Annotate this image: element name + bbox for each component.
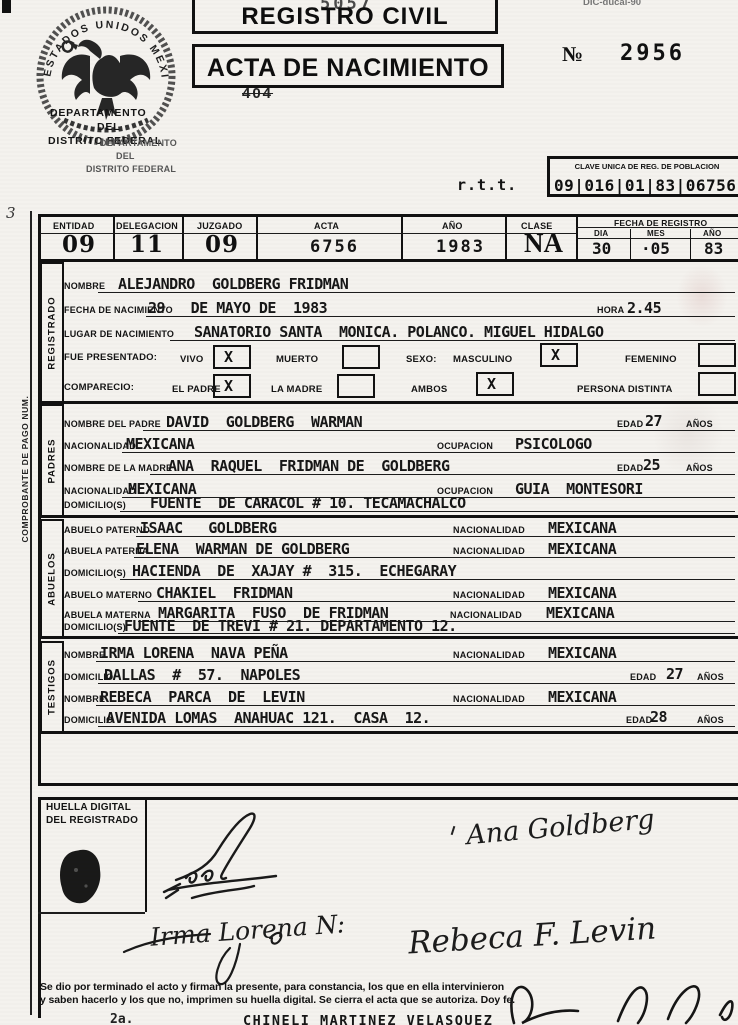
clave-unica-box: CLAVE UNICA DE REG. DE POBLACION 09|016|…	[547, 156, 738, 197]
rule-line	[40, 233, 576, 234]
checkbox-ambos: X	[476, 372, 514, 396]
label-testigo2-edad: EDAD	[626, 715, 652, 725]
value-juzgado: 09	[205, 231, 239, 258]
dept-ghost-line3: DISTRITO FEDERAL	[86, 164, 176, 174]
pen-tick	[451, 826, 456, 835]
column-divider	[182, 216, 184, 259]
value-mes: ·05	[641, 239, 670, 258]
value-testigo1-domicilio: DALLAS # 57. NAPOLES	[104, 666, 300, 684]
value-testigo2-domicilio: AVENIDA LOMAS ANAHUAC 121. CASA 12.	[106, 709, 430, 727]
acta-nacimiento-title: ACTA DE NACIMIENTO	[207, 54, 489, 82]
label-nac-abuelo-paterno: NACIONALIDAD	[453, 525, 525, 535]
dept-line1: DEPARTAMENTO	[50, 107, 147, 119]
column-divider	[401, 216, 403, 259]
value-domicilio-abuelos2: FUENTE DE TREVI # 21. DEPARTAMENTO 12.	[124, 617, 457, 635]
value-nombre-madre: ANA RAQUEL FRIDMAN DE GOLDBERG	[168, 457, 450, 475]
label-nacionalidad-madre: NACIONALIDAD	[64, 486, 136, 496]
checkbox-la-madre	[337, 374, 375, 398]
label-hora: HORA	[597, 305, 624, 315]
checkbox-el-padre-mark: X	[224, 377, 233, 395]
value-delegacion: 11	[130, 231, 164, 258]
section-strip-padres: PADRES	[40, 404, 64, 517]
label-testigo1-anos: AÑOS	[697, 672, 724, 682]
section-divider	[38, 731, 738, 734]
checkbox-femenino	[698, 343, 736, 367]
value-abuelo-materno: CHAKIEL FRIDMAN	[156, 584, 293, 602]
value-domicilio-abuelos1: HACIENDA DE XAJAY # 315. ECHEGARAY	[132, 562, 456, 580]
value-dia: 30	[592, 239, 611, 258]
label-nac-abuelo-materno: NACIONALIDAD	[453, 590, 525, 600]
folio-struck: 404	[242, 85, 273, 102]
signature-officer-scribble	[498, 975, 738, 1025]
label-nac-abuela-paterna: NACIONALIDAD	[453, 546, 525, 556]
fingerprint	[56, 848, 104, 906]
label-testigo2-anos: AÑOS	[697, 715, 724, 725]
value-abuela-paterna: ELENA WARMAN DE GOLDBERG	[136, 540, 349, 558]
col-label-dia: DIA	[594, 229, 608, 238]
section-divider	[38, 515, 738, 518]
col-label-acta: ACTA	[314, 221, 339, 231]
signature-father	[158, 806, 313, 904]
corner-form-code: DIC-ducal-90	[583, 0, 641, 8]
col-label-fecha-registro: FECHA DE REGISTRO	[614, 218, 707, 228]
checkbox-muerto	[342, 345, 380, 369]
label-abuelo-paterno: ABUELO PATERNO	[64, 525, 150, 535]
value-clase: NA	[524, 228, 563, 259]
checkbox-masculino-mark: X	[551, 346, 560, 364]
col-label-ano-reg: AÑO	[703, 229, 721, 238]
label-anos-madre: AÑOS	[686, 463, 713, 473]
section-divider	[38, 797, 738, 800]
label-anos-padre: AÑOS	[686, 419, 713, 429]
value-lugar-nacimiento: SANATORIO SANTA MONICA. POLANCO. MIGUEL …	[194, 323, 603, 341]
section-divider	[38, 401, 738, 404]
label-ocupacion-padre: OCUPACION	[437, 441, 493, 451]
col-label-juzgado: JUZGADO	[197, 221, 242, 231]
label-nombre-madre: NOMBRE DE LA MADRE	[64, 463, 172, 473]
huella-label-line1: HUELLA DIGITAL	[46, 802, 131, 813]
rule-line	[122, 452, 735, 453]
column-divider	[690, 229, 691, 259]
column-divider	[630, 229, 631, 259]
dept-line2: DEL	[97, 121, 120, 133]
comprobante-vertical-label: COMPROBANTE DE PAGO NUM.	[20, 389, 30, 549]
label-vivo: VIVO	[180, 354, 204, 365]
col-label-delegacion: DELEGACION	[116, 221, 178, 231]
section-label-abuelos: ABUELOS	[47, 552, 58, 605]
closing-statement-line2: y saben hacerlo y los que no, imprimen s…	[40, 994, 515, 1006]
checkbox-persona-distinta	[698, 372, 736, 396]
label-abuelo-materno: ABUELO MATERNO	[64, 590, 152, 600]
value-edad-madre: 25	[643, 456, 660, 474]
value-ocupacion-madre: GUIA MONTESORI	[515, 480, 643, 498]
label-fue-presentado: FUE PRESENTADO:	[64, 352, 157, 363]
value-testigo1-nombre: IRMA LORENA NAVA PEÑA	[100, 644, 288, 662]
label-edad-madre: EDAD	[617, 463, 643, 473]
clave-unica-label: CLAVE UNICA DE REG. DE POBLACION	[550, 162, 738, 171]
label-ambos: AMBOS	[411, 384, 447, 395]
value-hora: 2.45	[627, 299, 661, 317]
label-testigo1-nac: NACIONALIDAD	[453, 650, 525, 660]
label-domicilio-abuelos1: DOMICILIO(S)	[64, 568, 126, 578]
value-testigo1-edad: 27	[666, 665, 683, 683]
value-ocupacion-padre: PSICOLOGO	[515, 435, 592, 453]
column-divider	[256, 216, 258, 259]
label-nombre-padre: NOMBRE DEL PADRE	[64, 419, 161, 429]
dept-ghost-line1: DEPARTAMENTO	[100, 138, 177, 148]
section-label-testigos: TESTIGOS	[47, 659, 58, 715]
label-masculino: MASCULINO	[453, 354, 512, 365]
checkbox-ambos-mark: X	[487, 375, 496, 393]
signature-witness2: Rebeca F. Levin	[407, 910, 657, 961]
number-label: №	[562, 42, 583, 67]
label-domicilio-abuelos2: DOMICILIO(S)	[64, 622, 126, 632]
clave-unica-value: 09|016|01|83|06756|8	[554, 176, 738, 195]
col-label-mes: MES	[647, 229, 665, 238]
huella-box-divider	[145, 797, 147, 912]
col-label-entidad: ENTIDAD	[53, 221, 94, 231]
label-muerto: MUERTO	[276, 354, 318, 365]
signature-mother: Ana Goldberg	[465, 804, 656, 851]
value-edad-padre: 27	[645, 412, 662, 430]
rtt-mark: r.t.t.	[457, 176, 517, 194]
checkbox-vivo-mark: X	[224, 348, 233, 366]
section-label-padres: PADRES	[47, 438, 58, 483]
label-testigo2-nac: NACIONALIDAD	[453, 694, 525, 704]
checkbox-vivo: X	[213, 345, 251, 369]
label-edad-padre: EDAD	[617, 419, 643, 429]
column-divider	[505, 216, 507, 259]
value-ano-reg: 83	[704, 239, 723, 258]
page-rule-left	[30, 211, 32, 1015]
registro-civil-title: REGISTRO CIVIL	[241, 3, 448, 30]
registro-civil-box: REGISTRO CIVIL	[192, 0, 498, 34]
birth-certificate-scan: 5057 DIC-ducal-90 ESTADOS UNIDOS MEXICAN…	[0, 0, 738, 1025]
label-nac-abuela-materna: NACIONALIDAD	[450, 610, 522, 620]
col-label-ano: AÑO	[442, 221, 463, 231]
value-nacionalidad-padre: MEXICANA	[126, 435, 194, 453]
officer-name: CHINELI MARTINEZ VELASQUEZ	[243, 1013, 493, 1025]
value-acta: 6756	[310, 237, 359, 257]
value-ano: 1983	[436, 237, 485, 257]
value-nombre: ALEJANDRO GOLDBERG FRIDMAN	[118, 275, 348, 293]
column-divider	[113, 216, 115, 259]
value-fecha-nacimiento: 29 DE MAYO DE 1983	[148, 299, 327, 317]
value-domicilio-padres: FUENTE DE CARACOL # 10. TECAMACHALCO	[150, 494, 466, 512]
label-lugar-nacimiento: LUGAR DE NACIMIENTO	[64, 329, 174, 339]
value-testigo2-edad: 28	[650, 708, 667, 726]
value-testigo2-nac: MEXICANA	[548, 688, 616, 706]
ink-fragment	[2, 0, 11, 13]
value-nac-abuelo-materno: MEXICANA	[548, 584, 616, 602]
label-comparecio: COMPARECIO:	[64, 382, 134, 393]
value-entidad: 09	[62, 231, 96, 258]
label-persona-distinta: PERSONA DISTINTA	[577, 384, 673, 395]
section-divider	[38, 636, 738, 639]
section-label-registrado: REGISTRADO	[47, 296, 58, 369]
section-strip-abuelos: ABUELOS	[40, 519, 64, 638]
value-testigo1-nac: MEXICANA	[548, 644, 616, 662]
label-femenino: FEMENINO	[625, 354, 677, 365]
number-value: 2956	[620, 41, 685, 66]
value-nac-abuelo-paterno: MEXICANA	[548, 519, 616, 537]
dept-ghost-line2: DEL	[116, 151, 135, 161]
checkbox-masculino: X	[540, 343, 578, 367]
label-la-madre: LA MADRE	[271, 384, 322, 395]
acta-nacimiento-box: ACTA DE NACIMIENTO	[192, 44, 504, 88]
section-strip-testigos: TESTIGOS	[40, 641, 64, 733]
value-nac-abuela-paterna: MEXICANA	[548, 540, 616, 558]
value-abuelo-paterno: ISAAC GOLDBERG	[140, 519, 277, 537]
section-strip-registrado: REGISTRADO	[40, 262, 64, 403]
value-nombre-padre: DAVID GOLDBERG WARMAN	[166, 413, 362, 431]
margin-mark: 3	[6, 204, 16, 222]
huella-label-line2: DEL REGISTRADO	[46, 815, 138, 826]
section-divider	[38, 259, 738, 262]
value-testigo2-nombre: REBECA PARCA DE LEVIN	[100, 688, 305, 706]
label-nombre: NOMBRE	[64, 281, 105, 291]
checkbox-el-padre: X	[213, 374, 251, 398]
label-testigo1-edad: EDAD	[630, 672, 656, 682]
closing-statement-line1: Se dio por terminado el acto y firman la…	[40, 981, 504, 993]
label-sexo: SEXO:	[406, 354, 437, 365]
margin-mark-bottom: 2a.	[110, 1012, 133, 1025]
label-domicilio-padres: DOMICILIO(S)	[64, 500, 126, 510]
value-nac-abuela-materna: MEXICANA	[546, 604, 614, 622]
